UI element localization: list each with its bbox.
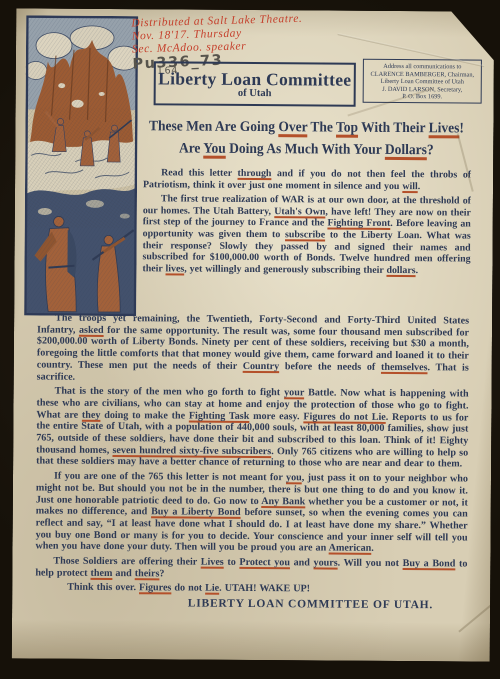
paper-crease bbox=[460, 5, 500, 56]
masthead: Liberty Loan Committee of Utah bbox=[154, 61, 356, 106]
paragraph-think-this-over: Think this over. Figures do not Lie. UTA… bbox=[35, 582, 467, 597]
flyer-page: Distributed at Salt Lake Theatre. Nov. 1… bbox=[12, 8, 495, 661]
address-line: P. O. Box 1699. bbox=[364, 93, 481, 101]
intro-paragraphs: Read this letter through and if you do n… bbox=[142, 167, 471, 319]
over-the-top-illustration bbox=[24, 15, 138, 316]
address-box: Address all communications to CLARENCE B… bbox=[363, 59, 482, 104]
paragraph-if-you-are-one: If you are one of the 765 this letter is… bbox=[35, 471, 468, 556]
masthead-subtitle: of Utah bbox=[238, 87, 272, 98]
paragraph-troops-remaining: The troops yet remaining, the Twentieth,… bbox=[37, 312, 469, 385]
paragraph-first-realization: The first true realization of WAR is at … bbox=[142, 193, 471, 276]
headline-line-2: Are You Doing As Much With Your Dollars? bbox=[147, 137, 465, 161]
address-line: Liberty Loan Committee of Utah bbox=[364, 78, 481, 86]
paragraph-read-this-letter: Read this letter through and if you do n… bbox=[143, 167, 471, 192]
paragraph-those-soldiers: Those Soldiers are offering their Lives … bbox=[35, 556, 467, 582]
paragraph-story-of-men: That is the story of the men who go fort… bbox=[36, 386, 469, 471]
scan-background: Distributed at Salt Lake Theatre. Nov. 1… bbox=[0, 0, 500, 679]
headline-line-1: These Men Are Going Over The Top With Th… bbox=[147, 115, 465, 139]
body-paragraphs: The troops yet remaining, the Twentieth,… bbox=[35, 312, 469, 661]
signature-line: LIBERTY LOAN COMMITTEE OF UTAH. bbox=[35, 597, 467, 612]
masthead-title: Liberty Loan Committee bbox=[158, 69, 351, 88]
headline: These Men Are Going Over The Top With Th… bbox=[135, 115, 477, 161]
